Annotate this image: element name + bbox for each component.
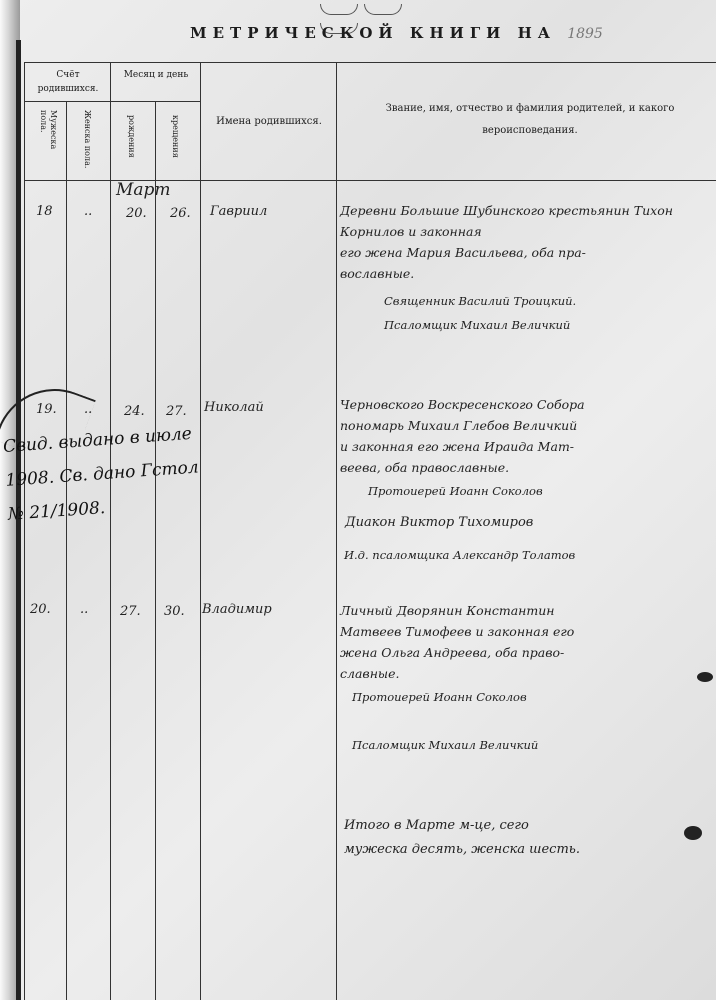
header-sub-border bbox=[24, 101, 200, 102]
record-child-name: Николай bbox=[204, 400, 264, 415]
ink-blot bbox=[684, 826, 702, 840]
col-border-4 bbox=[200, 62, 201, 1000]
col-border-5 bbox=[336, 62, 337, 1000]
page-title: МЕТРИЧЕСКОЙ КНИГИ НА 1895 bbox=[190, 24, 603, 42]
header-date-group: Месяц и день bbox=[112, 68, 200, 82]
header-names: Имена родившихся. bbox=[202, 115, 336, 129]
record-parents: Личный Дворянин Константин Матвеев Тимоф… bbox=[340, 600, 712, 684]
record-female-mark: .. bbox=[80, 602, 88, 617]
parents-line: Черновского Воскресенского Собора bbox=[340, 394, 712, 415]
parents-line: пономарь Михаил Глебов Величкий bbox=[340, 415, 712, 436]
header-count-male: Мужеска пола. bbox=[38, 110, 58, 174]
signature: Священник Василий Троицкий. bbox=[384, 294, 576, 308]
header-date-birth: рождения bbox=[126, 115, 136, 175]
crest-ornament bbox=[320, 0, 450, 12]
record-parents: Деревни Большие Шубинского крестьянин Ти… bbox=[340, 200, 712, 284]
record-baptism-day: 30. bbox=[164, 604, 185, 619]
header-count-female: Женска пола. bbox=[82, 110, 92, 174]
parents-line: славные. bbox=[340, 663, 712, 684]
record-birth-day: 27. bbox=[120, 604, 141, 619]
col-border-1 bbox=[66, 101, 67, 1000]
record-birth-day: 24. bbox=[124, 404, 145, 419]
monthly-summary: Итого в Марте м-це, сего мужеска десять,… bbox=[344, 814, 704, 862]
header-date-baptism: крещения bbox=[170, 115, 180, 175]
parents-line: Деревни Большие Шубинского крестьянин Ти… bbox=[340, 200, 712, 242]
table-top-border bbox=[24, 62, 716, 63]
header-parents: Звание, имя, отчество и фамилия родителе… bbox=[370, 98, 690, 142]
margin-note: Свид. выдано в июле 1908. Св. дано Гстол… bbox=[2, 417, 202, 532]
record-female-mark: .. bbox=[84, 204, 92, 219]
signature: И.д. псаломщика Александр Толатов bbox=[344, 548, 575, 562]
register-page: МЕТРИЧЕСКОЙ КНИГИ НА 1895 Счёт родившихс… bbox=[0, 0, 716, 1000]
title-text: МЕТРИЧЕСКОЙ КНИГИ НА bbox=[190, 24, 556, 42]
summary-line: Итого в Марте м-це, сего bbox=[344, 814, 704, 838]
record-birth-day: 20. bbox=[126, 206, 147, 221]
record-baptism-day: 26. bbox=[170, 206, 191, 221]
parents-line: веева, оба православные. bbox=[340, 457, 712, 478]
year-text: 1895 bbox=[567, 26, 603, 42]
col-border-0 bbox=[24, 62, 25, 1000]
parents-line: Личный Дворянин Константин bbox=[340, 600, 712, 621]
signature: Протоиерей Иоанн Соколов bbox=[352, 690, 527, 704]
header-count-group: Счёт родившихся. bbox=[26, 68, 110, 96]
parents-line: и законная его жена Ираида Мат- bbox=[340, 436, 712, 457]
parents-line: вославные. bbox=[340, 263, 712, 284]
parents-line: его жена Мария Васильева, оба пра- bbox=[340, 242, 712, 263]
summary-line: мужеска десять, женска шесть. bbox=[344, 838, 704, 862]
record-child-name: Гавриил bbox=[210, 204, 267, 219]
record-child-name: Владимир bbox=[202, 602, 272, 617]
signature: Диакон Виктор Тихомиров bbox=[345, 515, 533, 530]
parents-line: Матвеев Тимофеев и законная его bbox=[340, 621, 712, 642]
month-label: Март bbox=[116, 180, 171, 200]
col-border-3 bbox=[155, 101, 156, 1000]
record-number: 20. bbox=[30, 602, 51, 617]
col-border-2 bbox=[110, 62, 111, 1000]
ink-blot bbox=[697, 672, 713, 682]
signature: Псаломщик Михаил Величкий bbox=[384, 318, 570, 332]
signature: Псаломщик Михаил Величкий bbox=[352, 738, 538, 752]
signature: Протоиерей Иоанн Соколов bbox=[368, 484, 543, 498]
record-number: 18 bbox=[36, 204, 53, 219]
record-parents: Черновского Воскресенского Собора понома… bbox=[340, 394, 712, 478]
parents-line: жена Ольга Андреева, оба право- bbox=[340, 642, 712, 663]
